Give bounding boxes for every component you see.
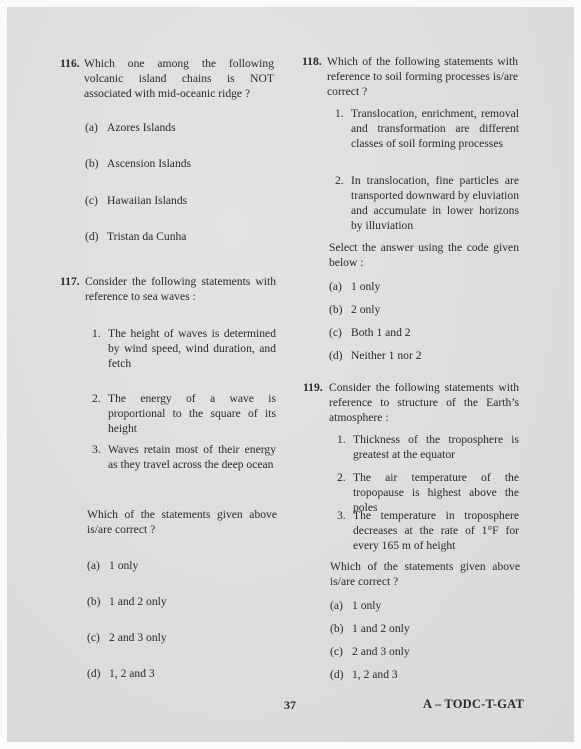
option-d[interactable]: (d)Neither 1 nor 2: [329, 348, 422, 363]
option-label: (c): [330, 644, 352, 659]
option-text: 2 and 3 only: [352, 645, 410, 658]
statement-number: 3.: [337, 508, 346, 523]
option-text: 1, 2 and 3: [352, 668, 398, 681]
option-c[interactable]: (c)2 and 3 only: [330, 644, 410, 659]
statement-2: 2.In translocation, fine particles are t…: [351, 173, 519, 233]
statement-text: In translocation, fine particles are tra…: [351, 174, 519, 232]
option-label: (a): [85, 120, 107, 135]
option-label: (d): [330, 667, 352, 682]
option-c[interactable]: (c)Hawaiian Islands: [85, 193, 187, 208]
option-d[interactable]: (d)Tristan da Cunha: [85, 229, 186, 244]
option-a[interactable]: (a)1 only: [87, 558, 138, 573]
statement-text: Thickness of the troposphere is greatest…: [353, 433, 519, 461]
statement-number: 2.: [337, 470, 346, 485]
statement-2: 2.The energy of a wave is proportional t…: [108, 391, 276, 436]
statement-number: 2.: [335, 173, 344, 188]
option-c[interactable]: (c)2 and 3 only: [87, 630, 167, 645]
question-number: 119.: [303, 380, 323, 395]
option-text: 1, 2 and 3: [109, 667, 155, 680]
question-stem: Which of the following statements with r…: [327, 54, 518, 99]
question-prompt: Which of the statements given above is/a…: [87, 507, 277, 537]
question-number: 117.: [60, 274, 80, 289]
option-text: Tristan da Cunha: [107, 230, 186, 243]
question-prompt: Select the answer using the code given b…: [329, 240, 519, 270]
option-label: (b): [330, 621, 352, 636]
option-label: (d): [329, 348, 351, 363]
option-label: (a): [87, 558, 109, 573]
option-b[interactable]: (b)1 and 2 only: [330, 621, 410, 636]
question-stem: Consider the following statements with r…: [85, 274, 276, 304]
question-number: 118.: [302, 54, 322, 69]
option-a[interactable]: (a)Azores Islands: [85, 120, 176, 135]
question-stem: Consider the following statements with r…: [329, 380, 519, 425]
option-label: (c): [329, 325, 351, 340]
option-text: 1 only: [352, 599, 381, 612]
option-text: Neither 1 nor 2: [351, 349, 422, 362]
option-b[interactable]: (b)2 only: [329, 302, 380, 317]
option-label: (a): [329, 279, 351, 294]
option-label: (b): [329, 302, 351, 317]
option-b[interactable]: (b)Ascension Islands: [85, 156, 191, 171]
option-text: 1 and 2 only: [109, 595, 167, 608]
booklet-code: A – TODC-T-GAT: [423, 697, 524, 712]
statement-number: 1.: [337, 432, 346, 447]
option-text: 1 only: [351, 280, 380, 293]
option-b[interactable]: (b)1 and 2 only: [87, 594, 167, 609]
option-text: 1 only: [109, 559, 138, 572]
option-text: Hawaiian Islands: [107, 194, 187, 207]
statement-number: 2.: [92, 391, 101, 406]
option-a[interactable]: (a)1 only: [330, 598, 381, 613]
option-label: (a): [330, 598, 352, 613]
statement-1: 1.Thickness of the troposphere is greate…: [353, 432, 519, 462]
option-text: Ascension Islands: [107, 157, 191, 170]
statement-number: 1.: [92, 326, 101, 341]
statement-text: The temperature in troposphere decreases…: [353, 509, 519, 552]
option-text: Both 1 and 2: [351, 326, 411, 339]
option-d[interactable]: (d)1, 2 and 3: [330, 667, 398, 682]
statement-3: 3.The temperature in troposphere decreas…: [353, 508, 519, 553]
option-label: (c): [87, 630, 109, 645]
statement-number: 3.: [92, 442, 101, 457]
option-text: 2 only: [351, 303, 380, 316]
option-text: 1 and 2 only: [352, 622, 410, 635]
statement-text: Waves retain most of their energy as the…: [108, 443, 276, 471]
statement-3: 3.Waves retain most of their energy as t…: [108, 442, 276, 472]
option-label: (d): [87, 666, 109, 681]
question-prompt: Which of the statements given above is/a…: [330, 559, 520, 589]
statement-text: The height of waves is determined by win…: [108, 327, 276, 370]
option-label: (b): [87, 594, 109, 609]
statement-text: Translocation, enrichment, removal and t…: [351, 107, 519, 150]
option-a[interactable]: (a)1 only: [329, 279, 380, 294]
option-label: (c): [85, 193, 107, 208]
option-c[interactable]: (c)Both 1 and 2: [329, 325, 411, 340]
statement-1: 1.The height of waves is determined by w…: [108, 326, 276, 371]
page-number: 37: [284, 698, 296, 713]
question-number: 116.: [60, 56, 80, 71]
statement-1: 1.Translocation, enrichment, removal and…: [351, 106, 519, 151]
option-label: (b): [85, 156, 107, 171]
option-d[interactable]: (d)1, 2 and 3: [87, 666, 155, 681]
statement-text: The energy of a wave is proportional to …: [108, 392, 276, 435]
question-stem: Which one among the following volcanic i…: [84, 56, 274, 101]
option-text: Azores Islands: [107, 121, 176, 134]
option-text: 2 and 3 only: [109, 631, 167, 644]
option-label: (d): [85, 229, 107, 244]
statement-number: 1.: [335, 106, 344, 121]
